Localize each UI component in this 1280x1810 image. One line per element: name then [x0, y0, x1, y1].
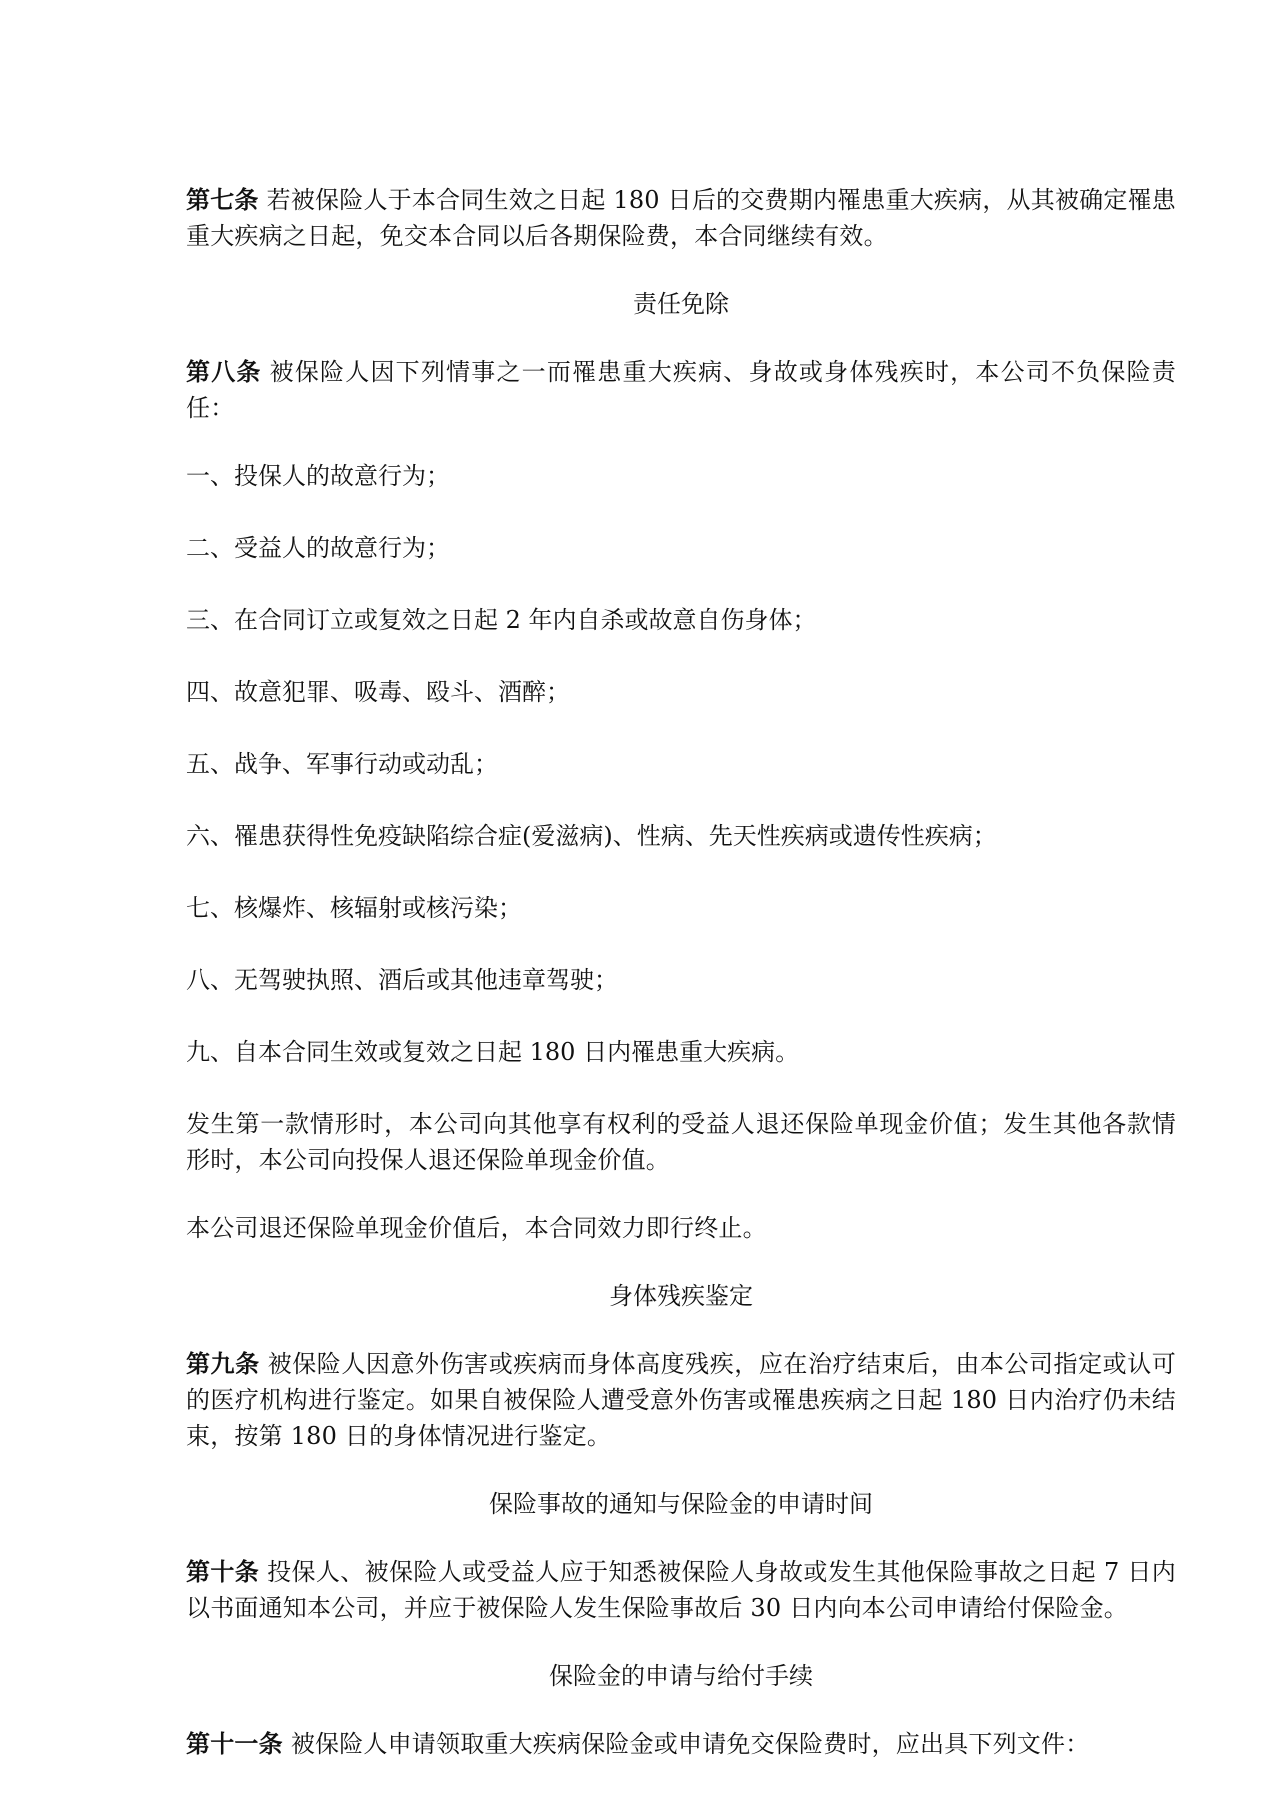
exclusion-item-5: 五、战争、军事行动或动乱； — [186, 746, 1176, 782]
section-heading-claims: 保险金的申请与给付手续 — [186, 1658, 1176, 1694]
article-11-text: 被保险人申请领取重大疾病保险金或申请免交保险费时，应出具下列文件： — [291, 1730, 1090, 1758]
exclusion-item-4: 四、故意犯罪、吸毒、殴斗、酒醉； — [186, 674, 1176, 710]
article-7: 第七条若被保险人于本合同生效之日起 180 日后的交费期内罹患重大疾病，从其被确… — [186, 182, 1176, 254]
refund-paragraph: 发生第一款情形时，本公司向其他享有权利的受益人退还保险单现金价值；发生其他各款情… — [186, 1106, 1176, 1178]
article-8-label: 第八条 — [186, 358, 262, 386]
article-11: 第十一条被保险人申请领取重大疾病保险金或申请免交保险费时，应出具下列文件： — [186, 1726, 1176, 1762]
exclusion-item-3: 三、在合同订立或复效之日起 2 年内自杀或故意自伤身体； — [186, 602, 1176, 638]
exclusion-item-1: 一、投保人的故意行为； — [186, 458, 1176, 494]
document-page: 第七条若被保险人于本合同生效之日起 180 日后的交费期内罹患重大疾病，从其被确… — [186, 182, 1176, 1794]
article-7-label: 第七条 — [186, 186, 259, 214]
exclusion-list: 一、投保人的故意行为； 二、受益人的故意行为； 三、在合同订立或复效之日起 2 … — [186, 458, 1176, 1070]
exclusion-item-7: 七、核爆炸、核辐射或核污染； — [186, 890, 1176, 926]
article-8: 第八条被保险人因下列情事之一而罹患重大疾病、身故或身体残疾时，本公司不负保险责任… — [186, 354, 1176, 426]
exclusion-item-9: 九、自本合同生效或复效之日起 180 日内罹患重大疾病。 — [186, 1034, 1176, 1070]
article-11-label: 第十一条 — [186, 1730, 283, 1758]
exclusion-item-2: 二、受益人的故意行为； — [186, 530, 1176, 566]
article-10-text: 投保人、被保险人或受益人应于知悉被保险人身故或发生其他保险事故之日起 7 日内以… — [186, 1558, 1176, 1622]
article-10-label: 第十条 — [186, 1558, 259, 1586]
article-8-text: 被保险人因下列情事之一而罹患重大疾病、身故或身体残疾时，本公司不负保险责任： — [186, 358, 1176, 422]
exclusion-item-8: 八、无驾驶执照、酒后或其他违章驾驶； — [186, 962, 1176, 998]
section-heading-exclusions: 责任免除 — [186, 286, 1176, 322]
exclusion-item-6: 六、罹患获得性免疫缺陷综合症(爱滋病)、性病、先天性疾病或遗传性疾病； — [186, 818, 1176, 854]
article-9: 第九条被保险人因意外伤害或疾病而身体高度残疾，应在治疗结束后，由本公司指定或认可… — [186, 1346, 1176, 1454]
article-7-text: 若被保险人于本合同生效之日起 180 日后的交费期内罹患重大疾病，从其被确定罹患… — [186, 186, 1176, 250]
section-heading-notice: 保险事故的通知与保险金的申请时间 — [186, 1486, 1176, 1522]
article-10: 第十条投保人、被保险人或受益人应于知悉被保险人身故或发生其他保险事故之日起 7 … — [186, 1554, 1176, 1626]
article-9-label: 第九条 — [186, 1350, 260, 1378]
section-heading-disability: 身体残疾鉴定 — [186, 1278, 1176, 1314]
article-9-text: 被保险人因意外伤害或疾病而身体高度残疾，应在治疗结束后，由本公司指定或认可的医疗… — [186, 1350, 1176, 1450]
termination-paragraph: 本公司退还保险单现金价值后，本合同效力即行终止。 — [186, 1210, 1176, 1246]
